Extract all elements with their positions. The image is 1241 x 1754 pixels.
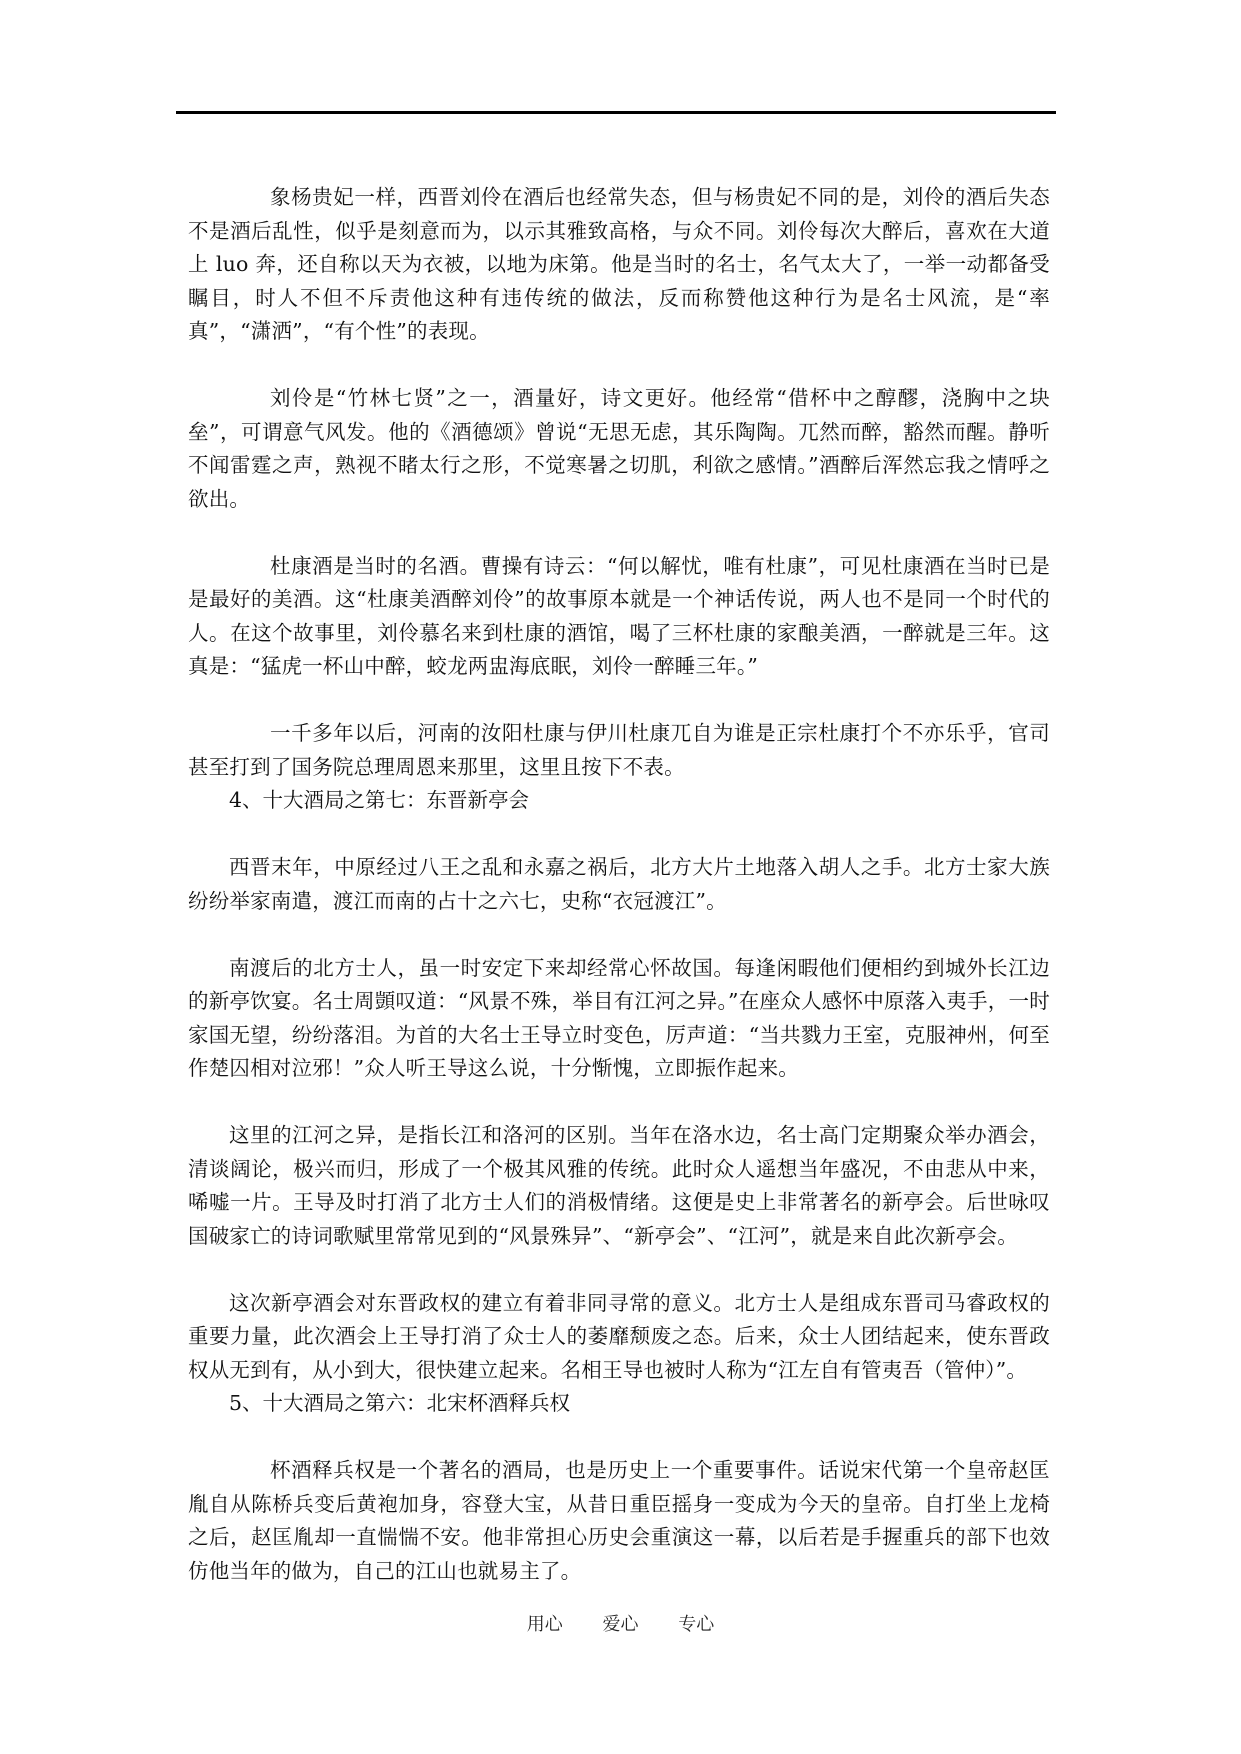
section-heading-xinting: 4、十大酒局之第七：东晋新亭会 bbox=[188, 784, 1050, 818]
paragraph-gap bbox=[188, 349, 1050, 383]
paragraph-cup-of-wine: 杯酒释兵权是一个著名的酒局，也是历史上一个重要事件。话说宋代第一个皇帝赵匡胤自从… bbox=[188, 1454, 1050, 1588]
paragraph-gap bbox=[188, 1421, 1050, 1455]
footer-motto-3: 专心 bbox=[678, 1614, 714, 1635]
footer-motto-2: 爱心 bbox=[603, 1614, 639, 1635]
paragraph-gap bbox=[188, 818, 1050, 852]
paragraph-gap bbox=[188, 1253, 1050, 1287]
paragraph-dukang-wine: 杜康酒是当时的名酒。曹操有诗云：“何以解忧，唯有杜康”，可见杜康酒在当时已是是最… bbox=[188, 550, 1050, 684]
paragraph-xinting-significance: 这次新亭酒会对东晋政权的建立有着非同寻常的意义。北方士人是组成东晋司马睿政权的重… bbox=[188, 1287, 1050, 1388]
paragraph-gap bbox=[188, 918, 1050, 952]
paragraph-liu-ling-conduct: 象杨贵妃一样，西晋刘伶在酒后也经常失态，但与杨贵妃不同的是，刘伶的酒后失态不是酒… bbox=[188, 181, 1050, 349]
section-heading-song-military: 5、十大酒局之第六：北宋杯酒释兵权 bbox=[188, 1387, 1050, 1421]
paragraph-gap bbox=[188, 516, 1050, 550]
paragraph-gap bbox=[188, 684, 1050, 718]
document-body: 象杨贵妃一样，西晋刘伶在酒后也经常失态，但与杨贵妃不同的是，刘伶的酒后失态不是酒… bbox=[188, 181, 1050, 1588]
header-rule bbox=[176, 111, 1056, 114]
paragraph-rivers-difference: 这里的江河之异，是指长江和洛河的区别。当年在洛水边，名士高门定期聚众举办酒会，清… bbox=[188, 1119, 1050, 1253]
paragraph-gap bbox=[188, 1086, 1050, 1120]
page-footer: 用心 爱心 专心 bbox=[0, 1610, 1241, 1636]
paragraph-western-jin-end: 西晋末年，中原经过八王之乱和永嘉之祸后，北方大片土地落入胡人之手。北方士家大族纷… bbox=[188, 851, 1050, 918]
paragraph-bamboo-grove: 刘伶是“竹林七贤”之一，酒量好，诗文更好。他经常“借杯中之醇醪，浇胸中之块垒”，… bbox=[188, 382, 1050, 516]
paragraph-xinting-feast: 南渡后的北方士人，虽一时安定下来却经常心怀故国。每逢闲暇他们便相约到城外长江边的… bbox=[188, 952, 1050, 1086]
paragraph-dukang-dispute: 一千多年以后，河南的汝阳杜康与伊川杜康兀自为谁是正宗杜康打个不亦乐乎，官司甚至打… bbox=[188, 717, 1050, 784]
footer-motto-1: 用心 bbox=[527, 1614, 563, 1635]
